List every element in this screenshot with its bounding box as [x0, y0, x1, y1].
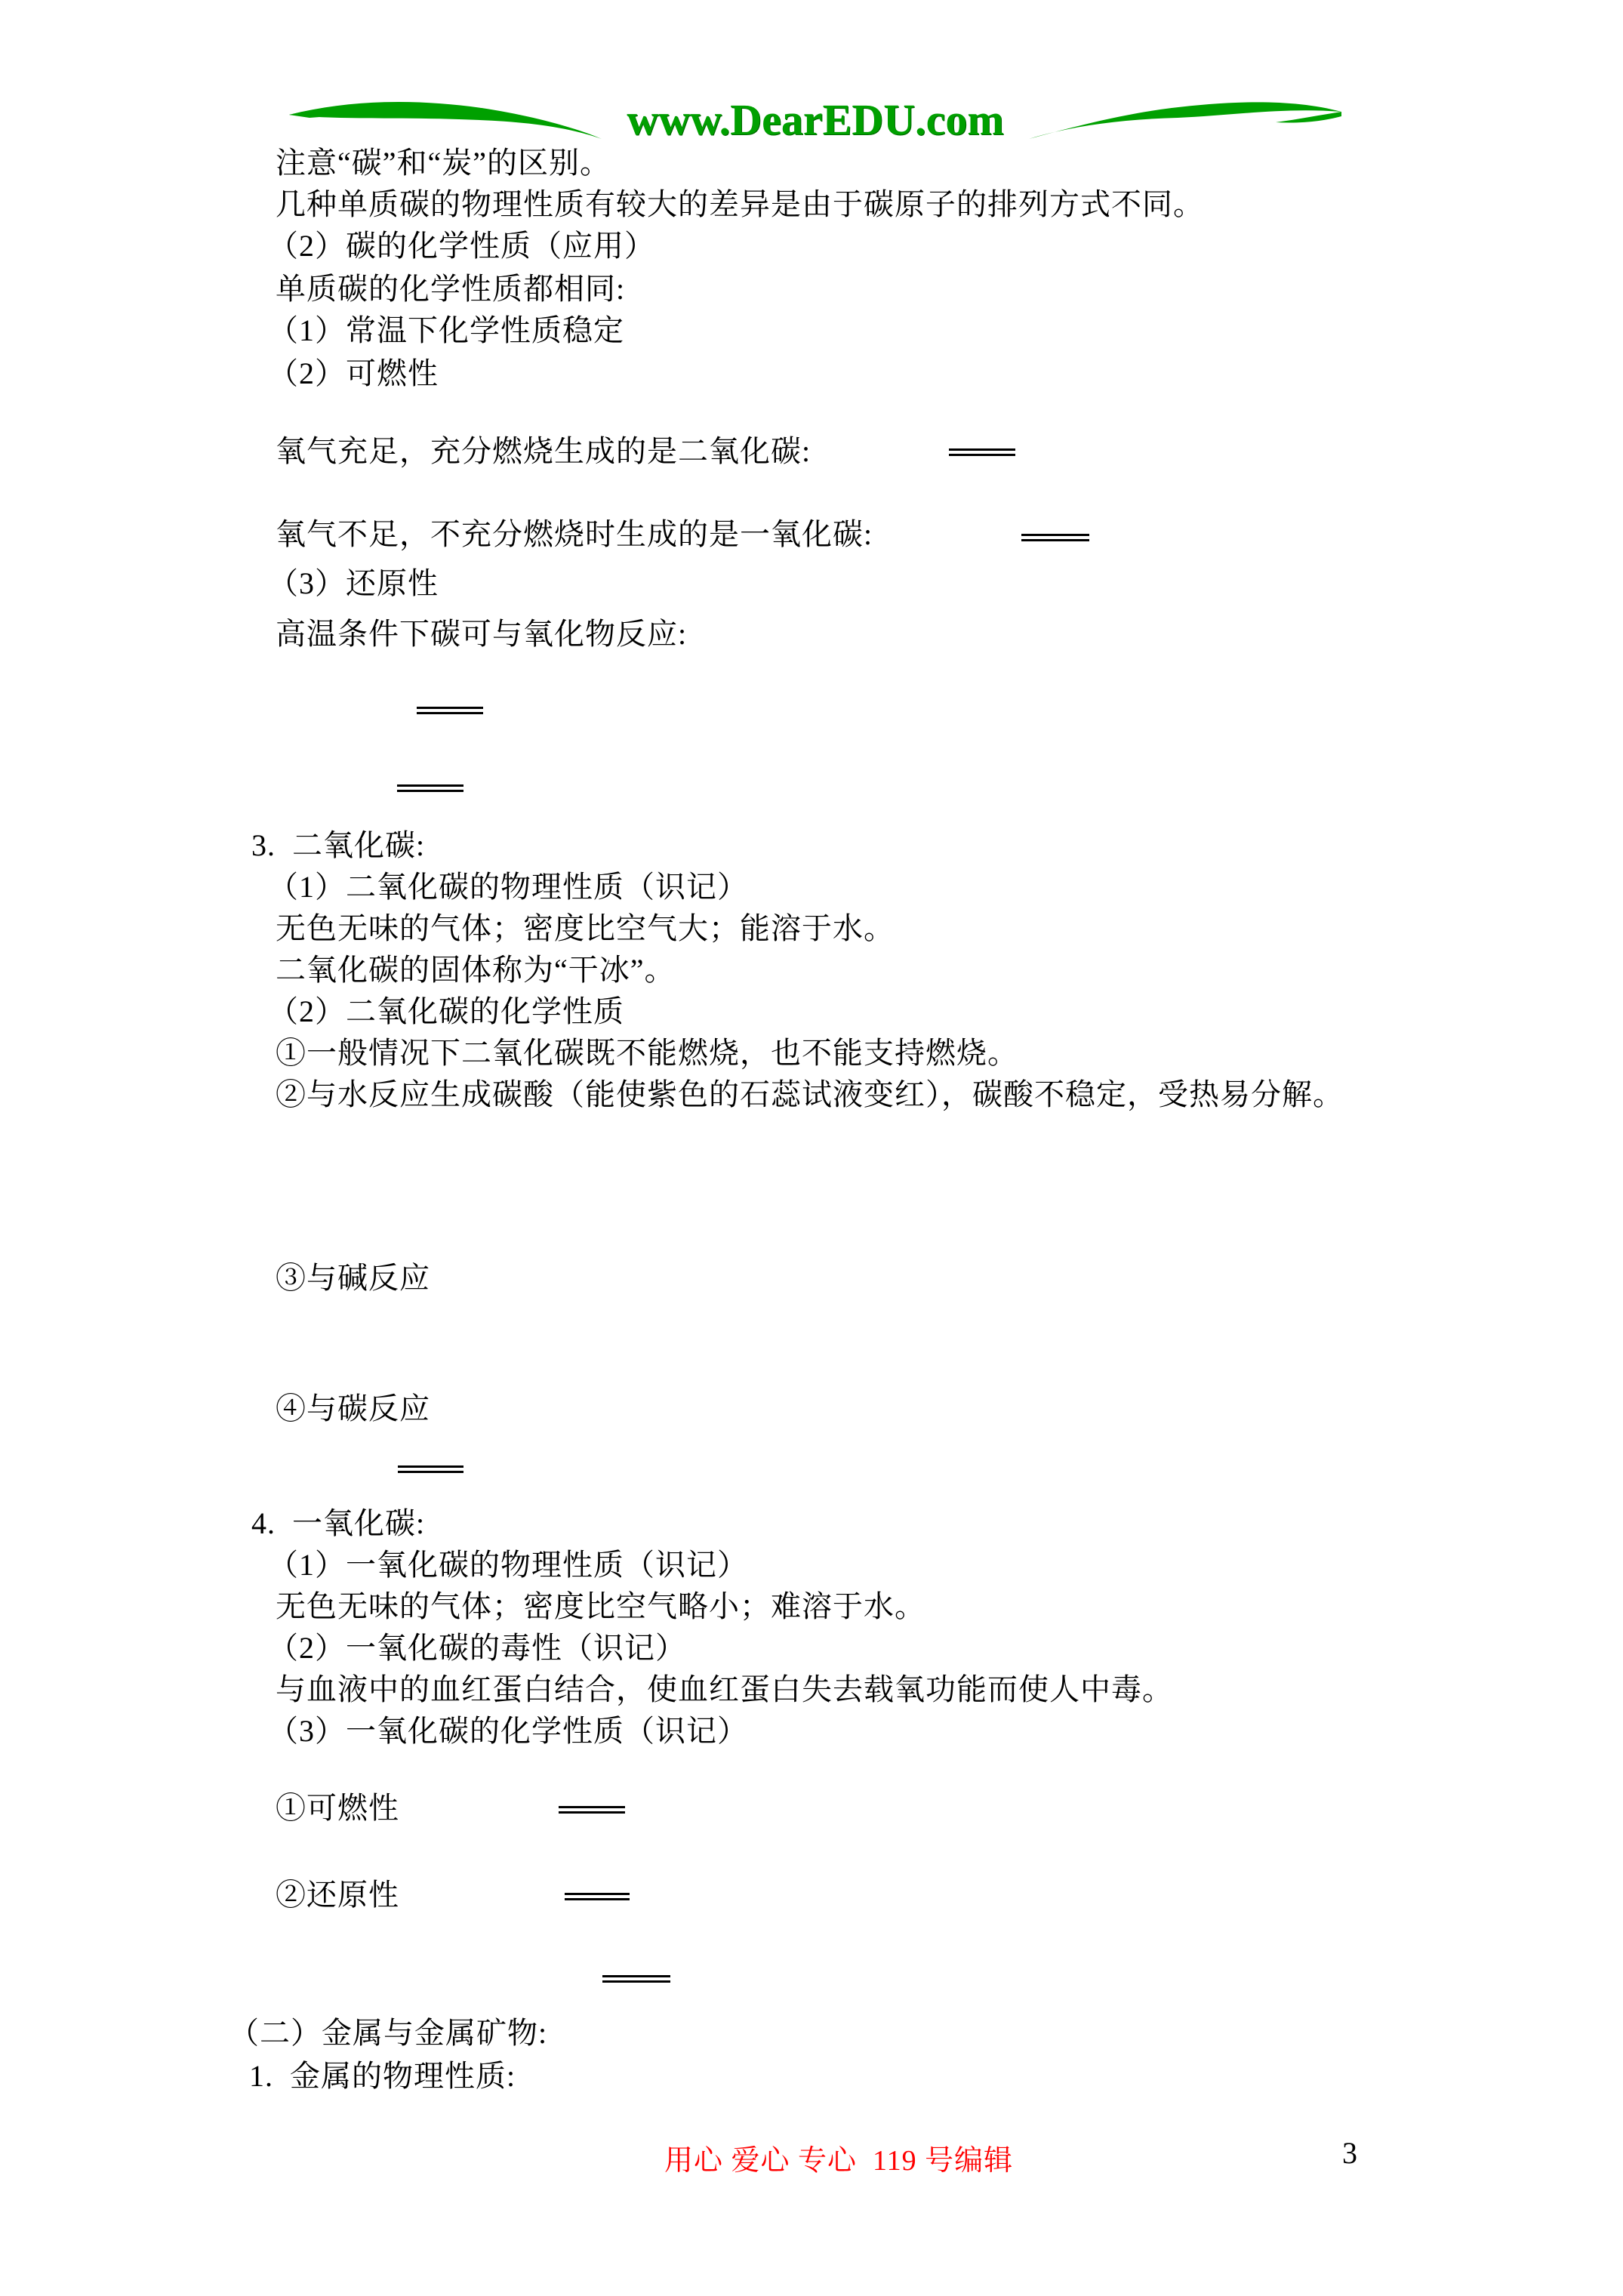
equation-equals-mark	[397, 784, 463, 792]
doc-line: （2）可燃性	[268, 356, 439, 391]
doc-line: ④与碳反应	[276, 1391, 430, 1426]
equation-equals-mark	[398, 1465, 463, 1473]
doc-line: ②与水反应生成碳酸（能使紫色的石蕊试液变红），碳酸不稳定，受热易分解。	[276, 1077, 1344, 1112]
section-heading: （二）金属与金属矿物:	[229, 2016, 547, 2051]
equation-equals-mark	[417, 707, 483, 714]
equation-equals-mark	[949, 448, 1015, 456]
logo-swoosh-left-icon	[287, 97, 604, 142]
section-heading: 3. 二氧化碳:	[251, 828, 425, 863]
doc-line: 几种单质碳的物理性质有较大的差异是由于碳原子的排列方式不同。	[276, 187, 1204, 222]
doc-line: （2）二氧化碳的化学性质	[268, 994, 624, 1029]
equation-equals-mark	[559, 1806, 625, 1814]
doc-line: ①一般情况下二氧化碳既不能燃烧，也不能支持燃烧。	[276, 1036, 1018, 1071]
doc-line: 无色无味的气体；密度比空气略小；难溶于水。	[276, 1589, 925, 1624]
doc-line: ②还原性	[276, 1878, 399, 1912]
doc-line: 氧气充足，充分燃烧生成的是二氧化碳:	[276, 434, 811, 469]
doc-line: （1）二氧化碳的物理性质（识记）	[268, 870, 748, 905]
logo-text: www.DearEDU.com	[627, 94, 1003, 145]
doc-line: ①可燃性	[276, 1791, 399, 1826]
section-heading: 1. 金属的物理性质:	[249, 2059, 516, 2094]
doc-line: （2）碳的化学性质（应用）	[268, 229, 655, 264]
equation-equals-mark	[1021, 534, 1089, 541]
footer-slogan: 用心 爱心 专心 119 号编辑	[664, 2137, 1013, 2178]
doc-line: 无色无味的气体；密度比空气大；能溶于水。	[276, 911, 895, 946]
section-heading: 4. 一氧化碳:	[251, 1506, 425, 1541]
logo-swoosh-right-icon	[1027, 97, 1344, 142]
page-number: 3	[1342, 2135, 1357, 2171]
doc-line: 氧气不足，不充分燃烧时生成的是一氧化碳:	[276, 517, 873, 552]
doc-line: ③与碱反应	[276, 1261, 430, 1296]
doc-line: 注意“碳”和“炭”的区别。	[276, 146, 611, 180]
document-page: www.DearEDU.com 注意“碳”和“炭”的区别。 几种单质碳的物理性质…	[0, 0, 1623, 2296]
doc-line: （2）一氧化碳的毒性（识记）	[268, 1631, 686, 1666]
equation-equals-mark	[602, 1975, 670, 1983]
logo: www.DearEDU.com	[287, 95, 1344, 143]
doc-line: 与血液中的血红蛋白结合，使血红蛋白失去载氧功能而使人中毒。	[276, 1672, 1173, 1707]
doc-line: （1）一氧化碳的物理性质（识记）	[268, 1548, 748, 1583]
equation-equals-mark	[565, 1893, 630, 1900]
doc-line: （1）常温下化学性质稳定	[268, 313, 624, 348]
doc-line: （3）一氧化碳的化学性质（识记）	[268, 1714, 748, 1749]
doc-line: 二氧化碳的固体称为“干冰”。	[276, 953, 676, 988]
doc-line: （3）还原性	[268, 566, 439, 601]
doc-line: 高温条件下碳可与氧化物反应:	[276, 617, 687, 652]
doc-line: 单质碳的化学性质都相同:	[276, 272, 625, 307]
